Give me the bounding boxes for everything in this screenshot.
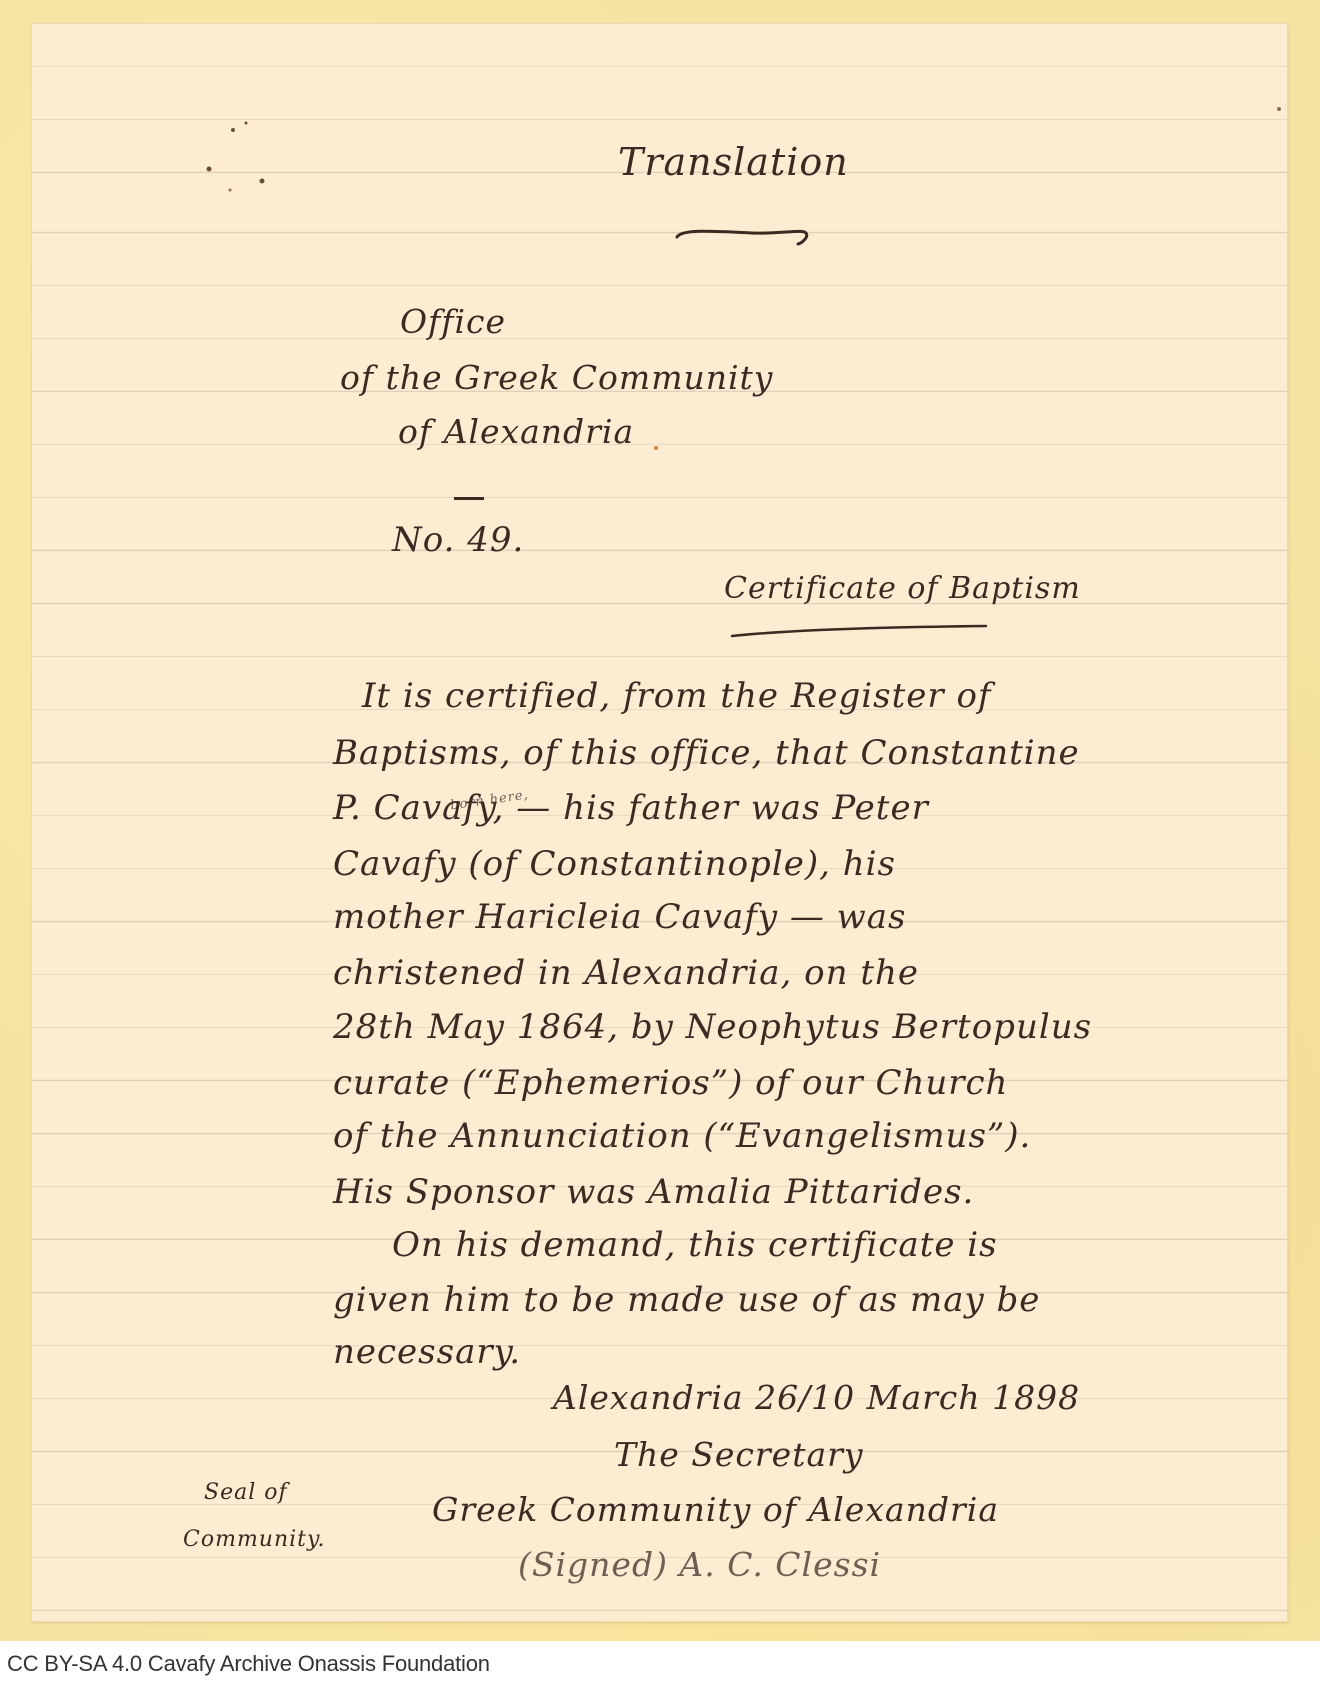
license-caption: CC BY-SA 4.0 Cavafy Archive Onassis Foun…	[7, 1651, 490, 1677]
signature-organization: Greek Community of Alexandria	[432, 1490, 999, 1529]
seal-note-line-2: Community.	[183, 1527, 326, 1552]
body-line-11: On his demand, this certificate is	[392, 1225, 998, 1265]
body-line-1: It is certified, from the Register of	[362, 676, 992, 716]
signature-date: Alexandria 26/10 March 1898	[553, 1378, 1080, 1417]
heading-flourish-decoration	[672, 225, 812, 247]
certificate-title-underline	[730, 624, 988, 638]
body-line-3: P. Cavafy, — his father was Peter	[333, 788, 929, 828]
body-line-13: necessary.	[333, 1332, 521, 1372]
body-line-12: given him to be made use of as may be	[333, 1280, 1040, 1320]
separator-dash	[454, 497, 484, 500]
certificate-title: Certificate of Baptism	[724, 571, 1081, 606]
office-line-2: of the Greek Community	[340, 358, 773, 397]
body-line-7: 28th May 1864, by Neophytus Bertopulus	[333, 1007, 1092, 1047]
body-line-2: Baptisms, of this office, that Constanti…	[333, 733, 1080, 773]
body-line-4: Cavafy (of Constantinople), his	[333, 844, 896, 884]
office-line-3: of Alexandria	[398, 412, 634, 451]
seal-note-line-1: Seal of	[204, 1480, 288, 1505]
body-line-8: curate (“Ephemerios”) of our Church	[333, 1063, 1008, 1103]
document-heading: Translation	[618, 140, 849, 184]
body-line-9: of the Annunciation (“Evangelismus”).	[333, 1116, 1031, 1156]
office-line-1: Office	[400, 302, 506, 341]
document-number: No. 49.	[392, 520, 524, 560]
body-line-10: His Sponsor was Amalia Pittarides.	[333, 1172, 974, 1212]
signature-name: (Signed) A. C. Clessi	[518, 1545, 881, 1584]
signature-title: The Secretary	[614, 1435, 864, 1474]
body-line-5: mother Haricleia Cavafy — was	[333, 897, 906, 937]
body-line-6: christened in Alexandria, on the	[333, 953, 919, 993]
